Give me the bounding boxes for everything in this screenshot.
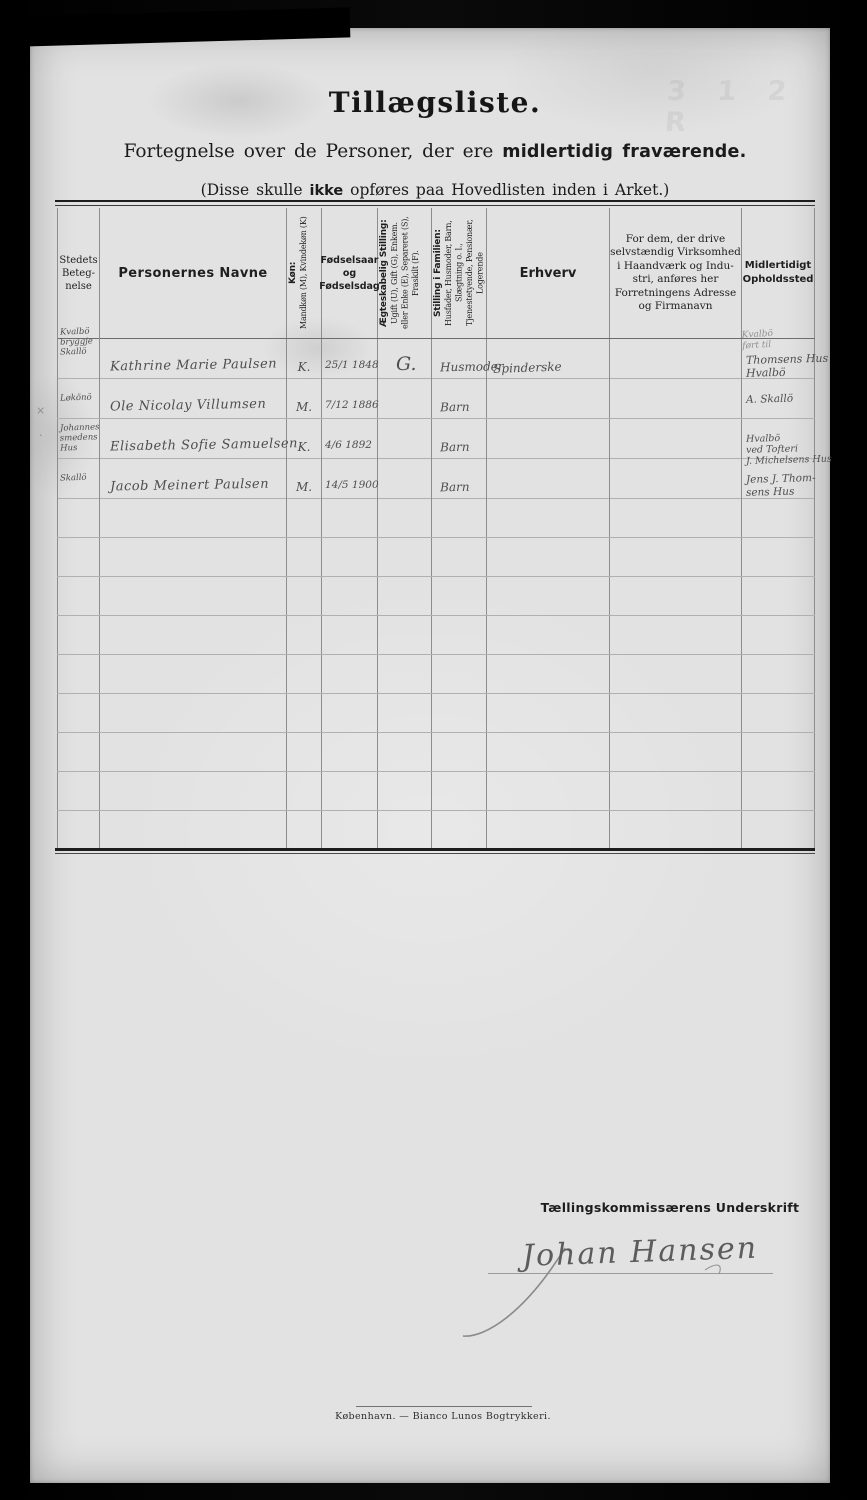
empty-cell <box>57 616 100 654</box>
handwritten-text: Barn <box>432 393 486 415</box>
header-line: nelse <box>65 280 92 293</box>
empty-cell <box>610 694 742 732</box>
empty-cell <box>610 655 742 693</box>
table-bottom-rule <box>55 848 815 851</box>
empty-cell <box>287 577 322 615</box>
empty-cell <box>287 655 322 693</box>
header-line: Mandkøn (M), Kvindekøn (K) <box>299 210 310 336</box>
empty-cell <box>742 655 815 693</box>
empty-cell <box>432 577 487 615</box>
header-birth: Fødselsaar og Fødselsdag <box>322 208 378 338</box>
empty-cell <box>57 811 100 849</box>
cell-business <box>610 379 742 418</box>
header-line: Ugift (U), Gift (G), Enkem. <box>390 210 401 336</box>
empty-cell <box>432 538 487 576</box>
header-marital: Ægteskabelig Stilling: Ugift (U), Gift (… <box>378 208 432 338</box>
empty-cell <box>378 616 432 654</box>
empty-cell <box>378 694 432 732</box>
handwritten-text: Husmoder <box>432 353 486 375</box>
header-line: For dem, der drive <box>626 233 726 247</box>
header-line: Slægtning o. l., <box>455 210 466 336</box>
empty-cell <box>610 772 742 810</box>
empty-cell <box>378 733 432 771</box>
table-row: Kvalbö bryggje Skallö Kathrine Marie Pau… <box>57 339 815 379</box>
header-line: Fødselsaar <box>321 254 379 267</box>
header-line: Stilling i Familien: <box>432 210 444 336</box>
empty-cell <box>100 694 287 732</box>
cell-stay: A. Skallö <box>742 379 815 418</box>
empty-cell <box>487 811 610 849</box>
header-business: For dem, der drive selvstændig Virksomhe… <box>610 208 742 338</box>
subtitle-bold: midlertidig fraværende. <box>502 142 746 162</box>
header-line: Ægteskabelig Stilling: <box>378 210 390 336</box>
empty-cell <box>487 499 610 537</box>
handwritten-text: 14/5 1900 <box>322 473 377 491</box>
subtitle-regular: Fortegnelse over de Personer, der ere <box>124 141 494 162</box>
cell-occupation <box>487 379 610 418</box>
header-line: Tjenestetyende, Pensionær, <box>465 210 476 336</box>
empty-cell <box>287 772 322 810</box>
cell-occupation: Spinderske <box>487 339 610 379</box>
empty-table-row <box>57 772 815 811</box>
cell-business <box>610 339 742 379</box>
empty-cell <box>378 811 432 849</box>
empty-cell <box>322 499 378 537</box>
census-table: Stedets Beteg- nelse Personernes Navne K… <box>57 208 815 850</box>
header-line: Husfader, Husmoder, Barn, <box>444 210 455 336</box>
empty-cell <box>742 577 815 615</box>
empty-cell <box>432 655 487 693</box>
empty-cell <box>100 811 287 849</box>
printer-imprint: København. — Bianco Lunos Bogtrykkeri. <box>263 1411 623 1422</box>
cell-stay: Jens J. Thom- sens Hus <box>742 459 815 499</box>
header-line: Forretningens Adresse <box>615 287 736 301</box>
empty-cell <box>487 694 610 732</box>
empty-cell <box>100 538 287 576</box>
handwritten-text: Barn <box>432 473 486 495</box>
handwritten-text <box>487 391 609 402</box>
empty-cell <box>432 733 487 771</box>
empty-table-row <box>57 499 815 538</box>
cell-family: Barn <box>432 379 487 418</box>
header-sex: Køn: Mandkøn (M), Kvindekøn (K) <box>287 208 322 338</box>
handwritten-text: M. <box>287 473 321 494</box>
handwritten-text: Løkönö <box>58 392 99 403</box>
header-names: Personernes Navne <box>100 208 287 338</box>
empty-cell <box>487 616 610 654</box>
table-bottom-rule-thin <box>55 853 815 854</box>
empty-cell <box>100 577 287 615</box>
header-family: Stilling i Familien: Husfader, Husmoder,… <box>432 208 487 338</box>
handwritten-text: A. Skallö <box>742 392 814 407</box>
empty-table-row <box>57 616 815 655</box>
header-line: Stedets <box>59 254 97 267</box>
empty-cell <box>100 772 287 810</box>
empty-cell <box>610 733 742 771</box>
handwritten-text: Spinderske <box>487 351 610 376</box>
empty-cell <box>432 811 487 849</box>
cell-place: Kvalbö bryggje Skallö <box>57 327 100 379</box>
empty-cell <box>432 694 487 732</box>
empty-cell <box>57 733 100 771</box>
header-line: og Firmanavn <box>639 300 713 314</box>
header-place: Stedets Beteg- nelse <box>57 208 100 338</box>
empty-cell <box>100 655 287 693</box>
vertical-text: Køn: Mandkøn (M), Kvindekøn (K) <box>287 210 321 336</box>
cell-occupation <box>487 459 610 499</box>
empty-cell <box>742 616 815 654</box>
empty-cell <box>487 733 610 771</box>
header-line: Erhverv <box>520 266 577 281</box>
note-bold: ikke <box>309 183 343 199</box>
empty-cell <box>322 733 378 771</box>
handwritten-text: 7/12 1886 <box>322 393 377 411</box>
empty-cell <box>100 499 287 537</box>
handwritten-text: Skallö <box>58 346 99 357</box>
handwritten-text: K. <box>287 353 321 374</box>
note-suffix: opføres paa Hovedlisten inden i Arket.) <box>350 181 669 199</box>
vertical-text: Stilling i Familien: Husfader, Husmoder,… <box>432 210 486 336</box>
table-row: Skallö Jacob Meinert Paulsen M. 14/5 190… <box>57 459 815 499</box>
handwritten-text <box>487 431 609 442</box>
handwritten-text <box>610 471 741 483</box>
header-line: Personernes Navne <box>118 266 267 281</box>
page-title: Tillægsliste. <box>30 86 840 119</box>
handwritten-text: Kathrine Marie Paulsen <box>100 351 286 374</box>
signature-label: Tællingskommissærens Underskrift <box>460 1200 867 1215</box>
cell-place: Skallö <box>57 459 100 499</box>
empty-cell <box>322 772 378 810</box>
cell-birth: 25/1 1848 <box>322 339 378 379</box>
cell-name: Kathrine Marie Paulsen <box>100 339 287 379</box>
empty-cell <box>487 772 610 810</box>
cell-sex: M. <box>287 459 322 499</box>
handwritten-text <box>487 471 609 482</box>
header-stay: Midlertidigt Opholdssted <box>742 208 815 338</box>
empty-cell <box>287 811 322 849</box>
cell-sex: M. <box>287 379 322 418</box>
empty-cell <box>742 811 815 849</box>
cell-name: Ole Nicolay Villumsen <box>100 379 287 418</box>
handwritten-text: Jacob Meinert Paulsen <box>100 471 286 494</box>
empty-cell <box>322 694 378 732</box>
empty-cell <box>487 577 610 615</box>
empty-cell <box>610 499 742 537</box>
cell-name: Jacob Meinert Paulsen <box>100 459 287 499</box>
empty-cell <box>287 499 322 537</box>
empty-cell <box>378 655 432 693</box>
cell-birth: 14/5 1900 <box>322 459 378 499</box>
empty-cell <box>57 577 100 615</box>
scan-corner-shadow <box>20 7 351 46</box>
handwritten-text: K. <box>287 433 321 454</box>
handwritten-text <box>610 351 741 363</box>
empty-cell <box>322 811 378 849</box>
empty-cell <box>287 694 322 732</box>
empty-cell <box>322 538 378 576</box>
header-line: stri, anføres her <box>633 273 719 287</box>
header-line: selvstændig Virksomhed <box>610 246 741 260</box>
handwritten-text <box>610 431 741 443</box>
empty-cell <box>100 733 287 771</box>
table-header-row: Stedets Beteg- nelse Personernes Navne K… <box>57 208 815 339</box>
header-line: Fraskilt (F). <box>411 210 422 336</box>
empty-cell <box>432 772 487 810</box>
cell-sex: K. <box>287 339 322 379</box>
scan-background: 3 1 2 R × · Tillægsliste. Fortegnelse ov… <box>0 0 867 1500</box>
handwritten-text: smedens Hus <box>58 432 100 453</box>
cell-birth: 7/12 1886 <box>322 379 378 418</box>
table-row: Løkönö Ole Nicolay Villumsen M. 7/12 188… <box>57 379 815 419</box>
faint-margin-note: Kvalbö ført til <box>741 326 837 353</box>
handwritten-text <box>610 391 741 403</box>
empty-cell <box>287 616 322 654</box>
empty-cell <box>487 655 610 693</box>
handwritten-text: Hvalbö <box>742 365 814 380</box>
empty-cell <box>742 733 815 771</box>
empty-cell <box>378 538 432 576</box>
table-top-rule <box>55 200 815 202</box>
handwritten-text: Elisabeth Sofie Samuelsen <box>100 431 286 454</box>
cell-marital <box>378 379 432 418</box>
instruction-note: (Disse skulle ikke opføres paa Hovedlist… <box>30 181 840 199</box>
cell-marital: G. <box>378 339 432 379</box>
handwritten-text: Skallö <box>58 472 99 483</box>
empty-table-row <box>57 538 815 577</box>
handwritten-text: M. <box>287 393 321 414</box>
header-line: Beteg- <box>62 267 95 280</box>
header-line: Midlertidigt <box>745 259 811 273</box>
empty-cell <box>610 616 742 654</box>
empty-cell <box>57 694 100 732</box>
empty-cell <box>432 616 487 654</box>
empty-cell <box>322 655 378 693</box>
handwritten-text: Barn <box>432 433 486 455</box>
census-form-page: 3 1 2 R × · Tillægsliste. Fortegnelse ov… <box>30 28 830 1483</box>
empty-table-row <box>57 577 815 616</box>
header-line: Opholdssted <box>743 273 814 287</box>
cell-marital <box>378 459 432 499</box>
empty-cell <box>742 499 815 537</box>
vertical-text: Ægteskabelig Stilling: Ugift (U), Gift (… <box>378 210 431 336</box>
table-top-rule-thin <box>55 205 815 206</box>
header-line: Fødselsdag <box>319 280 379 293</box>
empty-cell <box>57 655 100 693</box>
header-line: eller Enke (E), Separeret (S), <box>401 210 412 336</box>
empty-cell <box>610 577 742 615</box>
empty-cell <box>287 538 322 576</box>
header-line: Logerende <box>476 210 487 336</box>
header-line: i Haandværk og Indu- <box>617 260 734 274</box>
empty-cell <box>610 538 742 576</box>
empty-cell <box>378 577 432 615</box>
empty-cell <box>742 694 815 732</box>
header-line: og <box>343 267 356 280</box>
empty-cell <box>742 772 815 810</box>
empty-rows <box>57 499 815 850</box>
empty-cell <box>742 538 815 576</box>
page-subtitle: Fortegnelse over de Personer, der ere mi… <box>30 141 840 162</box>
empty-cell <box>287 733 322 771</box>
handwritten-text: 25/1 1848 <box>322 353 377 371</box>
handwritten-text: 4/6 1892 <box>322 433 377 451</box>
empty-cell <box>378 499 432 537</box>
empty-cell <box>57 772 100 810</box>
empty-table-row <box>57 811 815 850</box>
empty-table-row <box>57 733 815 772</box>
header-line: Køn: <box>287 210 299 336</box>
empty-cell <box>378 772 432 810</box>
cell-business <box>610 459 742 499</box>
stray-ink-mark: × <box>36 404 45 417</box>
empty-cell <box>487 538 610 576</box>
handwritten-text: Ole Nicolay Villumsen <box>100 391 286 414</box>
header-occupation: Erhverv <box>487 208 610 338</box>
empty-cell <box>322 616 378 654</box>
cell-family: Barn <box>432 459 487 499</box>
cell-place: Løkönö <box>57 379 100 418</box>
empty-cell <box>57 538 100 576</box>
empty-cell <box>610 811 742 849</box>
empty-cell <box>322 577 378 615</box>
empty-cell <box>57 499 100 537</box>
empty-cell <box>432 499 487 537</box>
note-prefix: (Disse skulle <box>201 181 303 199</box>
table-row: Johannes smedens Hus Elisabeth Sofie Sam… <box>57 419 815 459</box>
footer-rule <box>356 1406 532 1407</box>
cell-family: Husmoder <box>432 339 487 379</box>
empty-table-row <box>57 694 815 733</box>
empty-cell <box>100 616 287 654</box>
handwritten-text: sens Hus <box>742 485 814 500</box>
handwritten-text: G. <box>378 353 431 375</box>
stray-ink-mark: · <box>39 429 43 442</box>
empty-table-row <box>57 655 815 694</box>
